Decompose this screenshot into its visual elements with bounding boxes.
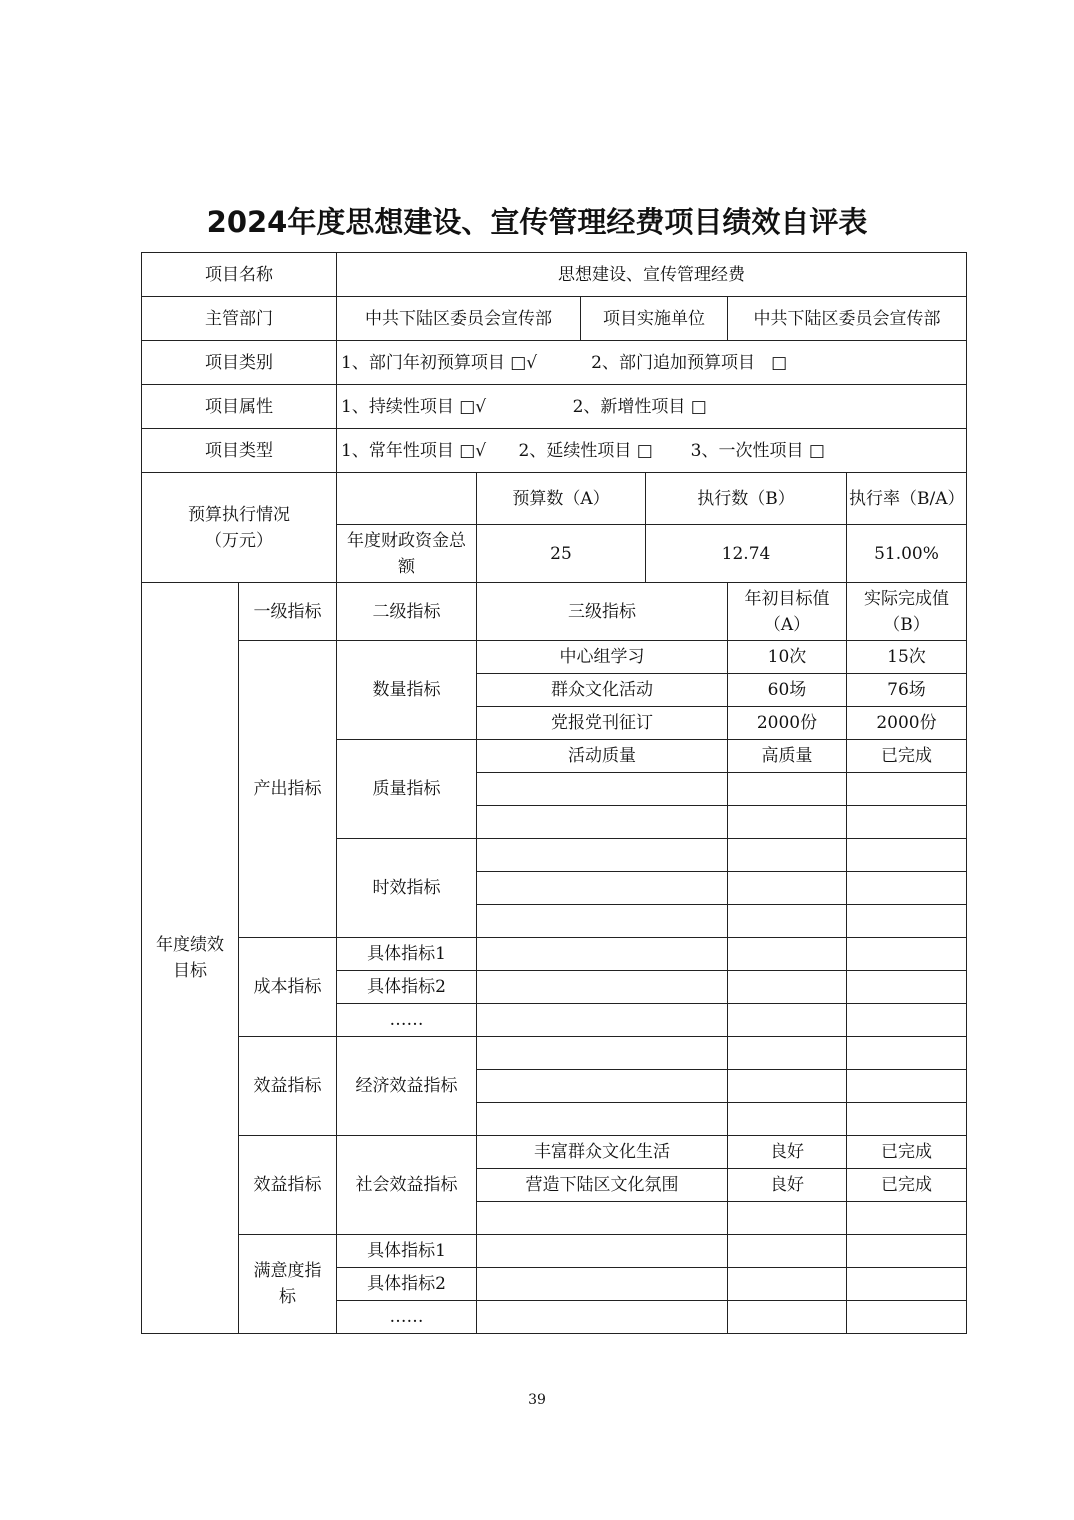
indicator-actual: 2000份 [847,707,967,740]
budget-value-rate: 51.00% [847,525,967,583]
empty-cell [477,1268,728,1301]
indicator-target: 10次 [728,641,847,674]
label-dept: 主管部门 [142,297,337,341]
value-category: 1、部门年初预算项目 □√ 2、部门追加预算项目 □ [337,341,967,385]
indicator-name: 中心组学习 [477,641,728,674]
empty-cell [847,839,967,872]
empty-cell [477,1070,728,1103]
row-perf-header: 年度绩效目标 一级指标 二级指标 三级指标 年初目标值（A） 实际完成值（B） [142,583,967,641]
satisfaction-item: …… [337,1301,477,1334]
empty-cell [728,938,847,971]
budget-header-b: 执行数（B） [646,473,847,525]
empty-cell [477,1004,728,1037]
empty-cell [477,905,728,938]
indicator-name: 群众文化活动 [477,674,728,707]
empty-cell [847,971,967,1004]
empty-cell [728,1070,847,1103]
label-impl: 项目实施单位 [581,297,728,341]
row-dept: 主管部门 中共下陆区委员会宣传部 项目实施单位 中共下陆区委员会宣传部 [142,297,967,341]
empty-cell [477,1202,728,1235]
empty-cell [847,1202,967,1235]
empty-cell [728,1103,847,1136]
empty-cell [847,872,967,905]
label-satisfaction: 满意度指标 [239,1235,337,1334]
empty-cell [728,1235,847,1268]
empty-cell [477,839,728,872]
header-target: 年初目标值（A） [728,583,847,641]
header-level1: 一级指标 [239,583,337,641]
empty-cell [728,971,847,1004]
satisfaction-item: 具体指标2 [337,1268,477,1301]
value-dept: 中共下陆区委员会宣传部 [337,297,581,341]
empty-cell [477,806,728,839]
performance-table: 项目名称 思想建设、宣传管理经费 主管部门 中共下陆区委员会宣传部 项目实施单位… [141,252,967,1334]
indicator-actual: 已完成 [847,740,967,773]
empty-cell [847,806,967,839]
label-type: 项目类型 [142,429,337,473]
empty-cell [477,773,728,806]
cost-item: …… [337,1004,477,1037]
indicator-actual: 已完成 [847,1136,967,1169]
empty-cell [728,1202,847,1235]
label-benefit-social: 效益指标 [239,1136,337,1235]
label-output: 产出指标 [239,641,337,938]
row-budget-header: 预算执行情况（万元） 预算数（A） 执行数（B） 执行率（B/A） [142,473,967,525]
label-quantity: 数量指标 [337,641,477,740]
label-econ-sub: 经济效益指标 [337,1037,477,1136]
table-row: 满意度指标 具体指标1 [142,1235,967,1268]
indicator-actual: 15次 [847,641,967,674]
satisfaction-item: 具体指标1 [337,1235,477,1268]
label-performance: 年度绩效目标 [142,583,239,1334]
empty-cell [728,1037,847,1070]
budget-value-a: 25 [477,525,646,583]
empty-cell [847,1037,967,1070]
cost-item: 具体指标1 [337,938,477,971]
value-attribute: 1、持续性项目 □√ 2、新增性项目 □ [337,385,967,429]
empty-cell [728,1268,847,1301]
empty-cell [728,1004,847,1037]
empty-cell [847,1004,967,1037]
label-attribute: 项目属性 [142,385,337,429]
row-project-name: 项目名称 思想建设、宣传管理经费 [142,253,967,297]
row-category: 项目类别 1、部门年初预算项目 □√ 2、部门追加预算项目 □ [142,341,967,385]
indicator-target: 60场 [728,674,847,707]
value-impl: 中共下陆区委员会宣传部 [728,297,967,341]
table-row: 效益指标 社会效益指标 丰富群众文化生活 良好 已完成 [142,1136,967,1169]
empty-cell [847,1103,967,1136]
empty-cell [847,1268,967,1301]
label-timeliness: 时效指标 [337,839,477,938]
indicator-name: 营造下陆区文化氛围 [477,1169,728,1202]
value-project-name: 思想建设、宣传管理经费 [337,253,967,297]
empty-cell [728,806,847,839]
page-title: 2024年度思想建设、宣传管理经费项目绩效自评表 [0,200,1074,241]
empty-cell [847,773,967,806]
table-row: 成本指标 具体指标1 [142,938,967,971]
empty-cell [847,1301,967,1334]
empty-cell [728,905,847,938]
empty-cell [847,905,967,938]
indicator-target: 良好 [728,1136,847,1169]
label-category: 项目类别 [142,341,337,385]
header-level2: 二级指标 [337,583,477,641]
page-number: 39 [0,1392,1074,1408]
empty-cell [477,1301,728,1334]
label-quality: 质量指标 [337,740,477,839]
empty-cell [477,971,728,1004]
empty-cell [477,1103,728,1136]
row-type: 项目类型 1、常年性项目 □√ 2、延续性项目 □ 3、一次性项目 □ [142,429,967,473]
indicator-name: 党报党刊征订 [477,707,728,740]
budget-header-a: 预算数（A） [477,473,646,525]
indicator-target: 良好 [728,1169,847,1202]
empty-cell [477,1235,728,1268]
empty-cell [728,1301,847,1334]
label-benefit-econ: 效益指标 [239,1037,337,1136]
indicator-name: 丰富群众文化生活 [477,1136,728,1169]
empty-cell [477,938,728,971]
value-type: 1、常年性项目 □√ 2、延续性项目 □ 3、一次性项目 □ [337,429,967,473]
indicator-target: 2000份 [728,707,847,740]
empty-cell [847,1235,967,1268]
empty-cell [477,872,728,905]
header-actual: 实际完成值（B） [847,583,967,641]
empty-cell [847,938,967,971]
indicator-actual: 76场 [847,674,967,707]
label-social-sub: 社会效益指标 [337,1136,477,1235]
table-row: 产出指标 数量指标 中心组学习 10次 15次 [142,641,967,674]
label-project-name: 项目名称 [142,253,337,297]
header-level3: 三级指标 [477,583,728,641]
cost-item: 具体指标2 [337,971,477,1004]
table-row: 效益指标 经济效益指标 [142,1037,967,1070]
empty-cell [847,1070,967,1103]
budget-header-rate: 执行率（B/A） [847,473,967,525]
empty-cell [477,1037,728,1070]
empty-cell [728,773,847,806]
indicator-target: 高质量 [728,740,847,773]
budget-blank [337,473,477,525]
indicator-actual: 已完成 [847,1169,967,1202]
row-attribute: 项目属性 1、持续性项目 □√ 2、新增性项目 □ [142,385,967,429]
label-cost: 成本指标 [239,938,337,1037]
budget-row-label: 年度财政资金总额 [337,525,477,583]
empty-cell [728,839,847,872]
budget-value-b: 12.74 [646,525,847,583]
empty-cell [728,872,847,905]
label-budget: 预算执行情况（万元） [142,473,337,583]
indicator-name: 活动质量 [477,740,728,773]
